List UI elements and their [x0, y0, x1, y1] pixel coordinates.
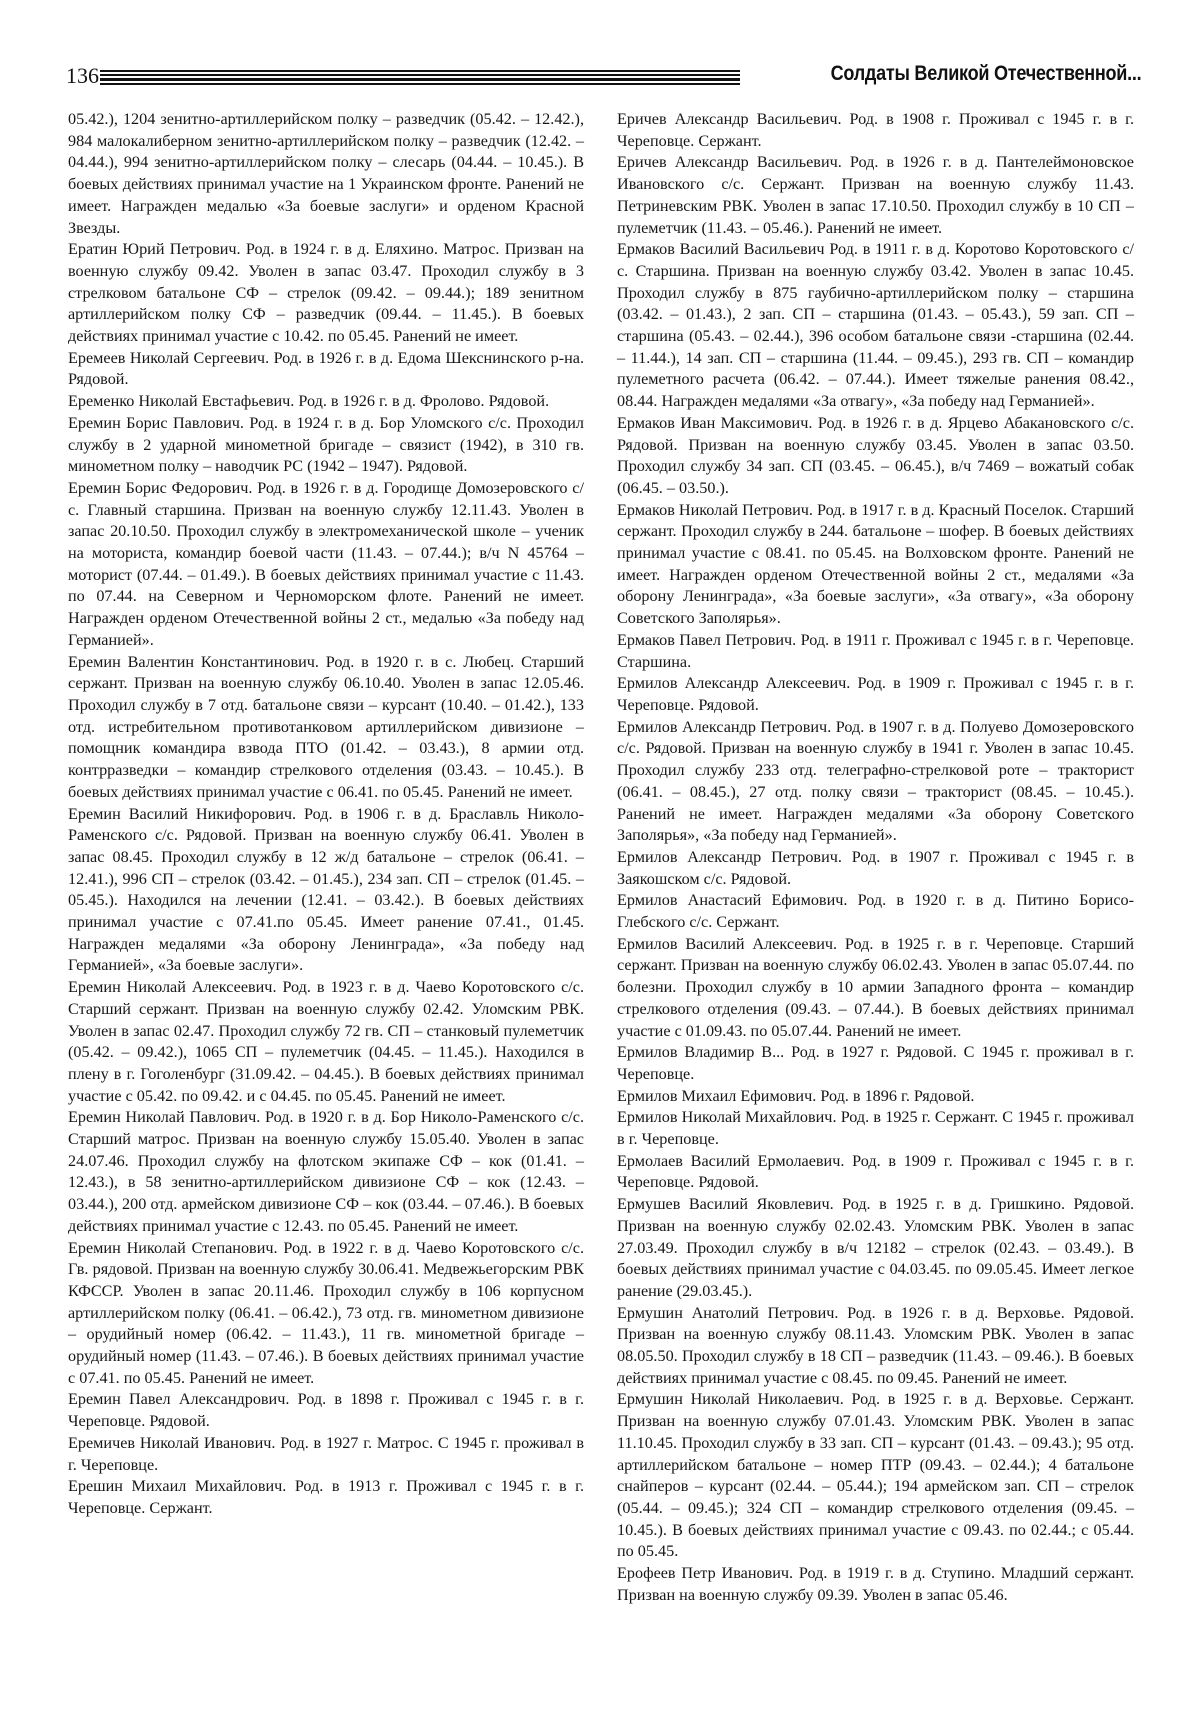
- entry-text: Род. в 1896 г. Рядовой.: [816, 1087, 974, 1105]
- biography-entry: Еремин Василий Никифорович. Род. в 1906 …: [68, 804, 584, 978]
- biography-entry: Ермушин Анатолий Петрович. Род. в 1926 г…: [617, 1303, 1134, 1390]
- biography-entry: Еремин Николай Степанович. Род. в 1922 г…: [68, 1238, 584, 1390]
- biography-entry: Ератин Юрий Петрович. Род. в 1924 г. в д…: [68, 239, 584, 348]
- person-name: Ермилов Анастасий Ефимович.: [617, 891, 847, 909]
- biography-entry: Ермаков Василий Васильевич Род. в 1911 г…: [617, 239, 1134, 413]
- person-name: Ермушев Василий Яковлевич.: [617, 1195, 834, 1213]
- person-name: Еремеев Николай Сергеевич.: [68, 349, 269, 367]
- person-name: Еремин Валентин Константинович.: [68, 653, 319, 671]
- person-name: Ермаков Павел Петрович.: [617, 631, 796, 649]
- person-name: Еремичев Николай Иванович.: [68, 1434, 275, 1452]
- person-name: Ермаков Василий Васильевич: [617, 240, 825, 258]
- biography-entry: Ермилов Александр Петрович. Род. в 1907 …: [617, 717, 1134, 847]
- biography-entry: Ермилов Николай Михайлович. Род. в 1925 …: [617, 1107, 1134, 1150]
- entry-text: Род. в 1920 г. в с. Любец. Старший сержа…: [68, 653, 584, 801]
- page-number: 136: [66, 62, 99, 90]
- biography-entry: Ермаков Павел Петрович. Род. в 1911 г. П…: [617, 630, 1134, 673]
- person-name: Еремин Николай Алексеевич.: [68, 978, 277, 996]
- entry-text: Род. в 1926 г. в д. Городище Домозеровск…: [68, 479, 584, 649]
- person-name: Ермаков Николай Петрович.: [617, 501, 813, 519]
- biography-entry: Ермилов Анастасий Ефимович. Род. в 1920 …: [617, 890, 1134, 933]
- biography-entry: Еричев Александр Васильевич. Род. в 1908…: [617, 109, 1134, 152]
- person-name: Ермилов Николай Михайлович.: [617, 1108, 837, 1126]
- right-column: Еричев Александр Васильевич. Род. в 1908…: [617, 109, 1134, 1607]
- person-name: Ерешин Михаил Михайлович.: [68, 1477, 286, 1495]
- biography-entry: Ермушев Василий Яковлевич. Род. в 1925 г…: [617, 1194, 1134, 1303]
- biography-entry: Еремеев Николай Сергеевич. Род. в 1926 г…: [68, 348, 584, 391]
- biography-entry: Ермаков Николай Петрович. Род. в 1917 г.…: [617, 500, 1134, 630]
- person-name: Ермилов Василий Алексеевич.: [617, 935, 837, 953]
- person-name: Ермушин Николай Николаевич.: [617, 1390, 844, 1408]
- biography-entry: Еремин Павел Александрович. Род. в 1898 …: [68, 1389, 584, 1432]
- biography-entry: Еремин Валентин Константинович. Род. в 1…: [68, 652, 584, 804]
- biography-entry: Еремин Борис Павлович. Род. в 1924 г. в …: [68, 413, 584, 478]
- biography-entry: Еремин Николай Алексеевич. Род. в 1923 г…: [68, 977, 584, 1107]
- person-name: Еременко Николай Евстафьевич.: [68, 392, 294, 410]
- person-name: Еремин Павел Александрович.: [68, 1390, 289, 1408]
- biography-entry: Ерешин Михаил Михайлович. Род. в 1913 г.…: [68, 1476, 584, 1519]
- running-title: Солдаты Великой Отечественной...: [830, 60, 1141, 88]
- person-name: Еремин Николай Степанович.: [68, 1239, 278, 1257]
- entry-text: Род. в 1925 г. в д. Верховье. Сержант. П…: [617, 1390, 1134, 1560]
- biography-entry: Ермолаев Василий Ермолаевич. Род. в 1909…: [617, 1151, 1134, 1194]
- biography-entry: Еременко Николай Евстафьевич. Род. в 192…: [68, 391, 584, 413]
- entry-text: Род. в 1906 г. в д. Браславль Николо-Рам…: [68, 805, 584, 975]
- person-name: Ермилов Александр Петрович.: [617, 848, 842, 866]
- person-name: Ермушин Анатолий Петрович.: [617, 1304, 838, 1322]
- biography-entry: Еремин Борис Федорович. Род. в 1926 г. в…: [68, 478, 584, 652]
- person-name: Ермилов Владимир В...: [617, 1043, 784, 1061]
- person-name: Ермилов Александр Алексеевич.: [617, 674, 850, 692]
- person-name: Еремин Николай Павлович.: [68, 1108, 260, 1126]
- biography-entry: Ермилов Михаил Ефимович. Род. в 1896 г. …: [617, 1086, 1134, 1108]
- entry-text: Род. в 1923 г. в д. Чаево Коротовского с…: [68, 978, 584, 1105]
- entry-text: Род. в 1911 г. в д. Коротово Коротовског…: [617, 240, 1134, 410]
- biography-entry: Ерофеев Петр Иванович. Род. в 1919 г. в …: [617, 1563, 1134, 1606]
- biography-entry: Ермилов Владимир В... Род. в 1927 г. Ряд…: [617, 1042, 1134, 1085]
- page-header: 136 Солдаты Великой Отечественной...: [66, 56, 1141, 96]
- person-name: Ермолаев Василий Ермолаевич.: [617, 1152, 844, 1170]
- biography-entry: Ермилов Александр Алексеевич. Род. в 190…: [617, 673, 1134, 716]
- biography-entry: Ермушин Николай Николаевич. Род. в 1925 …: [617, 1389, 1134, 1563]
- entry-text: Род. в 1926 г. в д. Фролово. Рядовой.: [294, 392, 549, 410]
- biography-entry: Еремичев Николай Иванович. Род. в 1927 г…: [68, 1433, 584, 1476]
- person-name: Ермаков Иван Максимович.: [617, 414, 812, 432]
- header-rule-lines: [100, 70, 740, 86]
- entry-text: 05.42.), 1204 зенитно-артиллерийском пол…: [68, 110, 584, 237]
- entry-text: Род. в 1917 г. в д. Красный Поселок. Ста…: [617, 501, 1134, 628]
- biography-entry: Еричев Александр Васильевич. Род. в 1926…: [617, 152, 1134, 239]
- person-name: Ермилов Александр Петрович.: [617, 718, 831, 736]
- entry-text: Род. в 1920 г. в д. Бор Николо-Раменског…: [68, 1108, 584, 1235]
- entry-text: Род. в 1907 г. в д. Полуево Домозеровско…: [617, 718, 1134, 845]
- person-name: Еремин Борис Павлович.: [68, 414, 244, 432]
- biography-entry: Ермилов Александр Петрович. Род. в 1907 …: [617, 847, 1134, 890]
- person-name: Ератин Юрий Петрович.: [68, 240, 241, 258]
- person-name: Ерофеев Петр Иванович.: [617, 1564, 793, 1582]
- biography-entry: Ермилов Василий Алексеевич. Род. в 1925 …: [617, 934, 1134, 1043]
- biography-entry: Ермаков Иван Максимович. Род. в 1926 г. …: [617, 413, 1134, 500]
- person-name: Еричев Александр Васильевич.: [617, 110, 842, 128]
- person-name: Ермилов Михаил Ефимович.: [617, 1087, 816, 1105]
- person-name: Еремин Борис Федорович.: [68, 479, 252, 497]
- left-column: 05.42.), 1204 зенитно-артиллерийском пол…: [68, 109, 584, 1520]
- biography-entry: 05.42.), 1204 зенитно-артиллерийском пол…: [68, 109, 584, 239]
- person-name: Еричев Александр Васильевич.: [617, 153, 842, 171]
- person-name: Еремин Василий Никифорович.: [68, 805, 296, 823]
- entry-text: Род. в 1922 г. в д. Чаево Коротовского с…: [68, 1239, 584, 1387]
- biography-entry: Еремин Николай Павлович. Род. в 1920 г. …: [68, 1107, 584, 1237]
